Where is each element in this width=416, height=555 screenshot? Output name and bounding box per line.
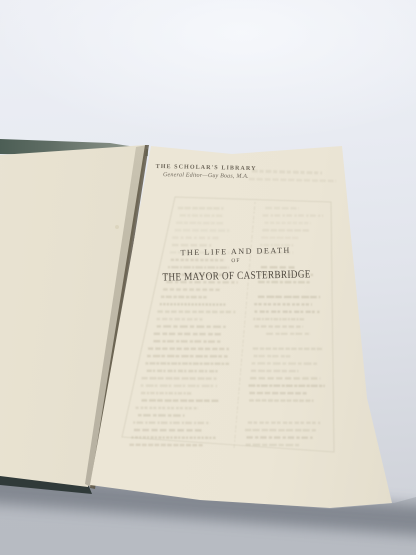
page-blemish — [115, 225, 119, 229]
book-title-block: THE LIFE AND DEATH OF THE MAYOR OF CASTE… — [140, 245, 333, 286]
book-title-line-3: THE MAYOR OF CASTERBRIDGE — [162, 268, 311, 283]
photo-of-open-book: THE SCHOLAR'S LIBRARY General Editor—Guy… — [0, 0, 416, 555]
series-header: THE SCHOLAR'S LIBRARY General Editor—Guy… — [146, 164, 266, 182]
